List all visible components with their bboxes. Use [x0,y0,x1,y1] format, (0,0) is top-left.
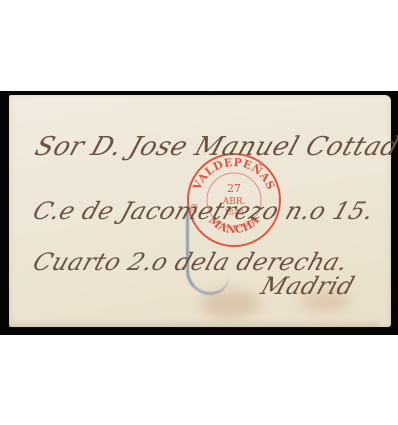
address-line-street: C.e de Jacometrezo n.o 15. [29,197,377,225]
address-line-name: Sor D. Jose Manuel Cottado. [31,132,398,162]
paper-fold-shadow [9,318,379,328]
address-line-city: Madrid [257,272,358,300]
postmark-day: 27 [227,182,241,195]
